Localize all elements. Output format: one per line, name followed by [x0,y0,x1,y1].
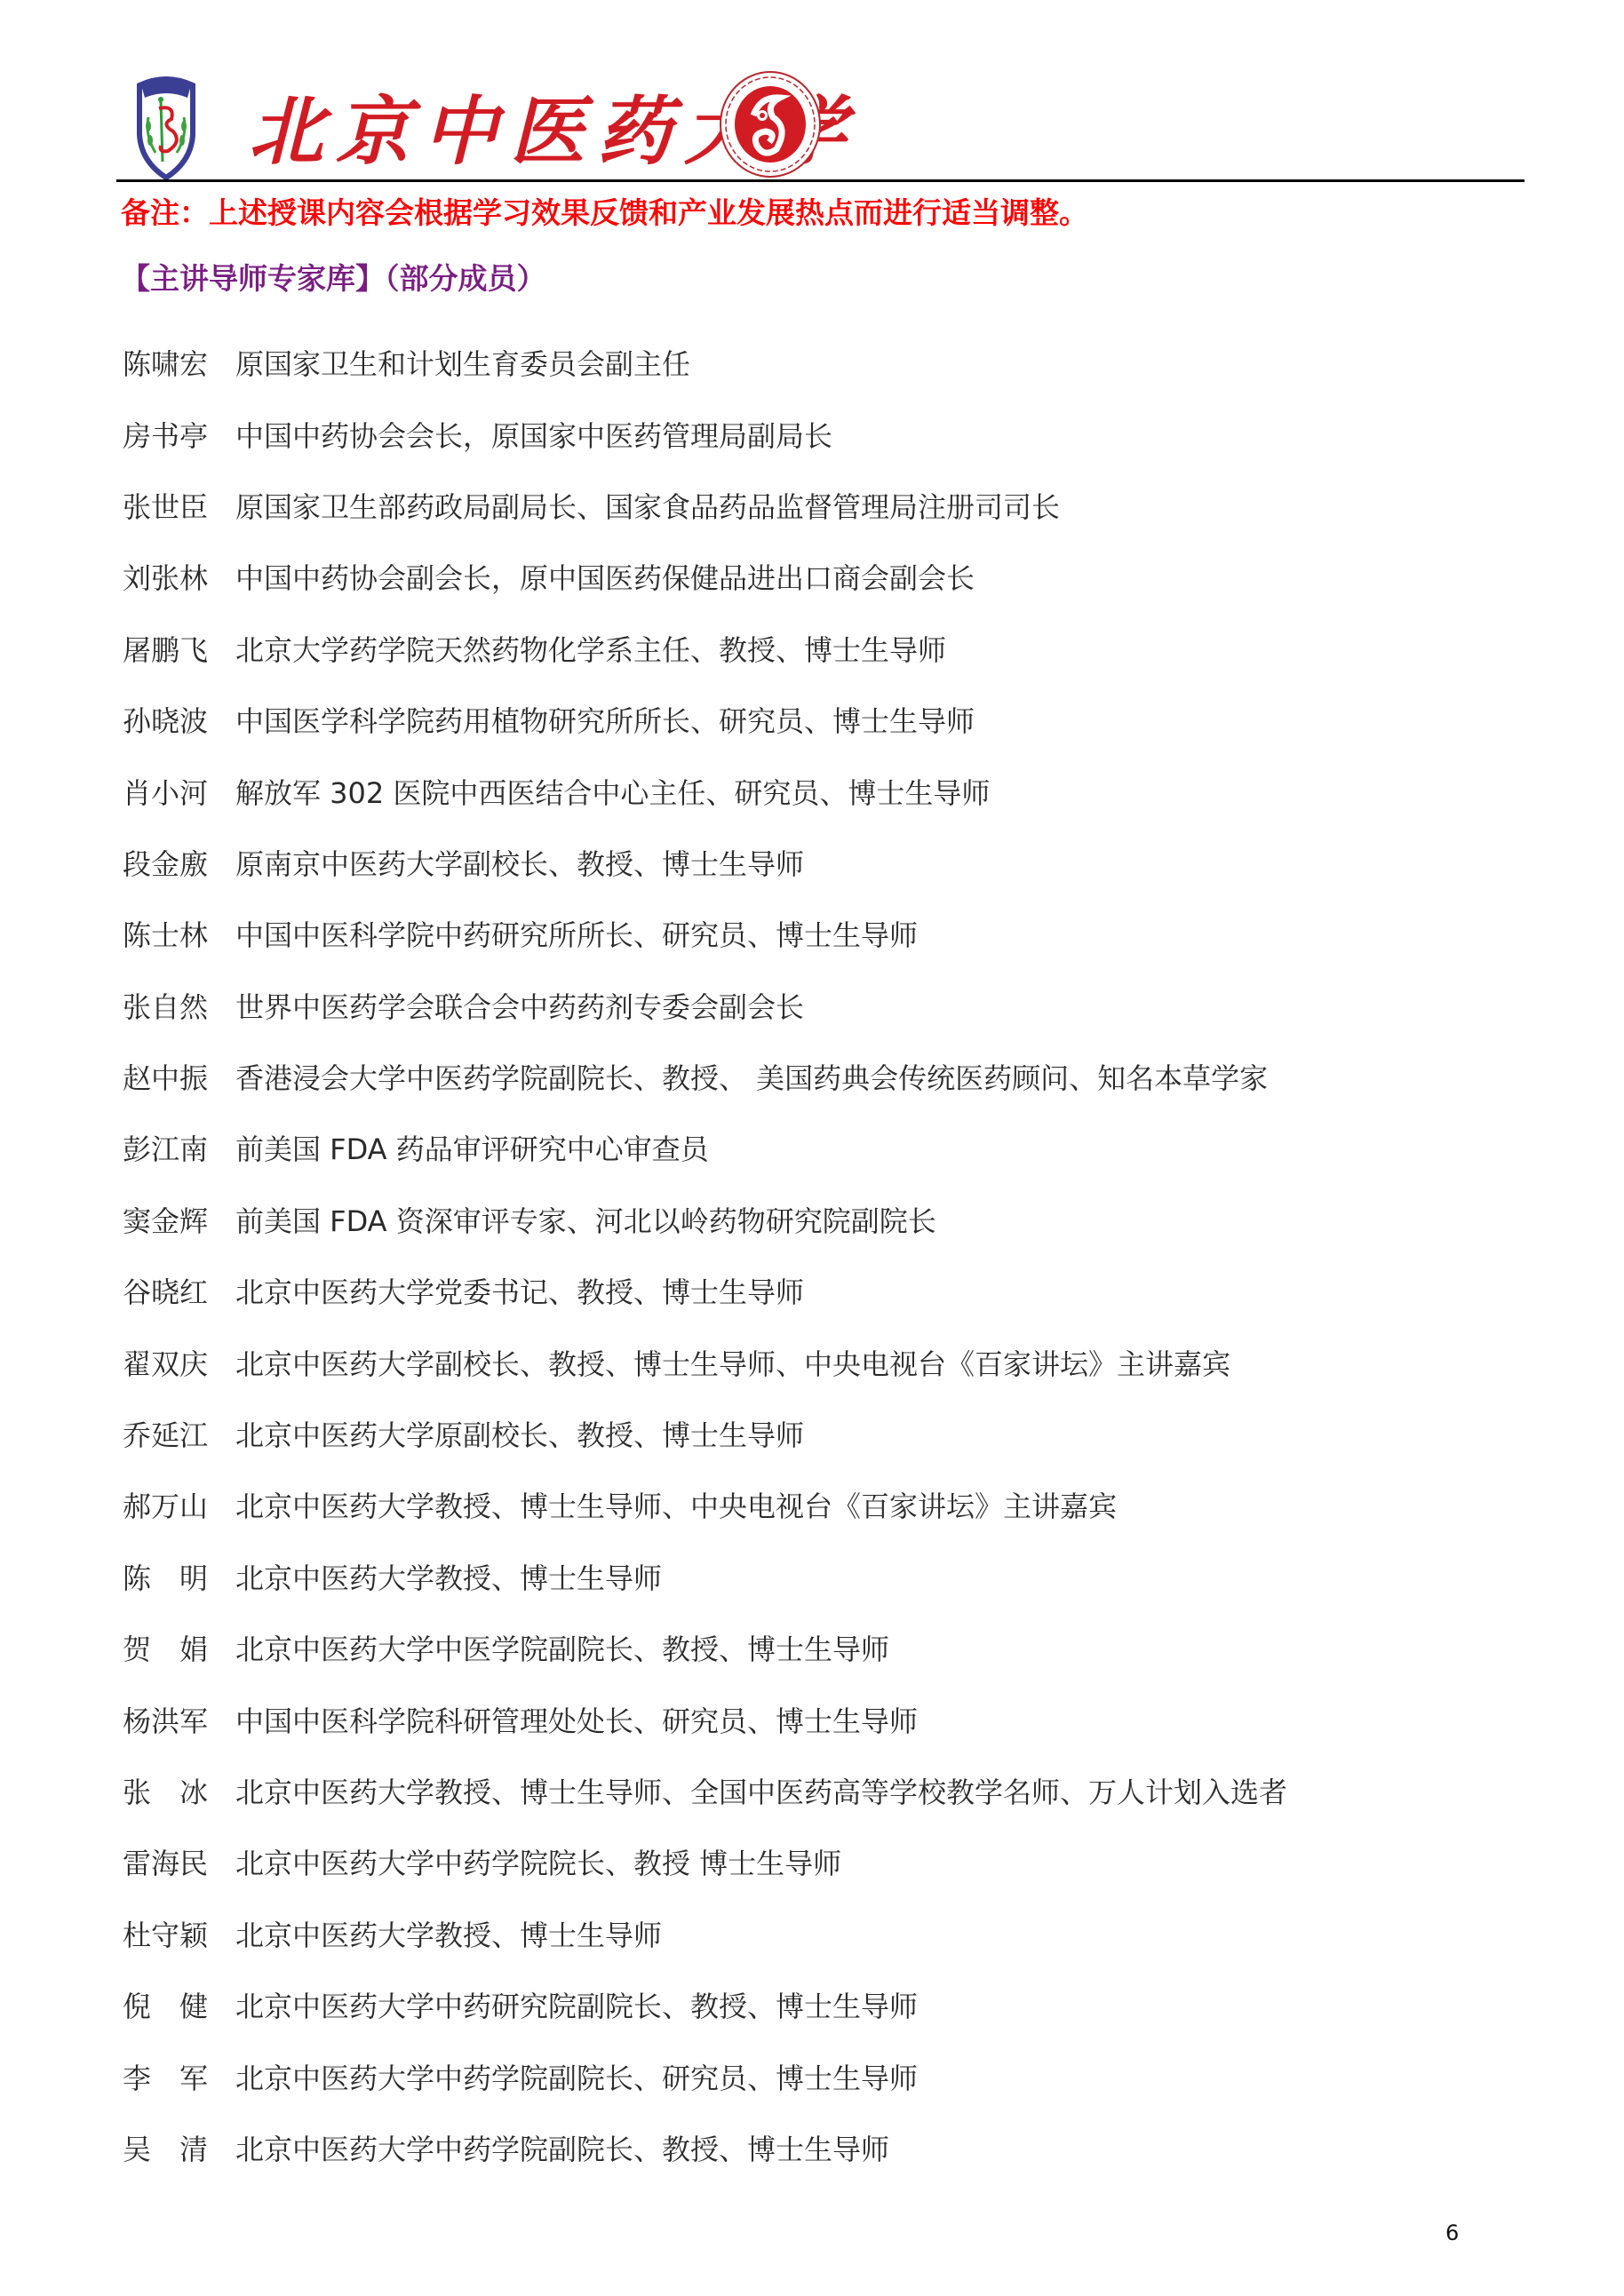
expert-description: 北京中医药大学教授、博士生导师、全国中医药高等学校教学名师、万人计划入选者 [235,1770,1287,1811]
expert-row: 房书亭中国中药协会会长，原国家中医药管理局副局长 [123,398,1509,469]
expert-row: 乔延江北京中医药大学原副校长、教授、博士生导师 [123,1398,1509,1469]
expert-description: 前美国 FDA 药品审评研究中心审查员 [235,1127,709,1168]
expert-description: 北京中医药大学中药学院院长、教授 博士生导师 [235,1841,841,1882]
expert-description: 中国中医科学院中药研究所所长、研究员、博士生导师 [235,913,918,954]
expert-name: 窦金辉 [123,1199,235,1240]
expert-list: 陈啸宏原国家卫生和计划生育委员会副主任 房书亭中国中药协会会长，原国家中医药管理… [123,327,1509,2183]
expert-row: 杜守颖北京中医药大学教授、博士生导师 [123,1898,1509,1969]
expert-name: 赵中振 [123,1056,235,1097]
expert-name: 陈啸宏 [123,342,235,383]
expert-description: 北京中医药大学中药学院副院长、研究员、博士生导师 [235,2056,918,2097]
expert-description: 北京中医药大学中药研究院副院长、教授、博士生导师 [235,1984,918,2025]
expert-row: 孙晓波中国医学科学院药用植物研究所所长、研究员、博士生导师 [123,684,1509,755]
expert-description: 前美国 FDA 资深审评专家、河北以岭药物研究院副院长 [235,1199,936,1240]
expert-row: 陈士林中国中医科学院中药研究所所长、研究员、博士生导师 [123,898,1509,969]
expert-name: 贺 娟 [123,1627,235,1668]
expert-name: 屠鹏飞 [123,628,235,669]
expert-row: 陈啸宏原国家卫生和计划生育委员会副主任 [123,327,1509,398]
expert-row: 谷晓红北京中医药大学党委书记、教授、博士生导师 [123,1255,1509,1326]
page-header: 北京中医药大学 [124,62,1528,187]
expert-name: 张自然 [123,985,235,1026]
expert-row: 陈 明北京中医药大学教授、博士生导师 [123,1541,1509,1612]
expert-name: 陈 明 [123,1556,235,1597]
expert-name: 孙晓波 [123,699,235,740]
expert-description: 中国中药协会副会长，原中国医药保健品进出口商会副会长 [235,556,975,597]
expert-row: 窦金辉前美国 FDA 资深审评专家、河北以岭药物研究院副院长 [123,1184,1509,1255]
expert-name: 乔延江 [123,1413,235,1454]
expert-description: 北京中医药大学教授、博士生导师、中央电视台《百家讲坛》主讲嘉宾 [235,1484,1117,1525]
expert-name: 张世臣 [123,485,235,526]
expert-row: 段金廒原南京中医药大学副校长、教授、博士生导师 [123,827,1509,898]
expert-description: 原国家卫生部药政局副局长、国家食品药品监督管理局注册司司长 [235,485,1060,526]
expert-row: 张世臣原国家卫生部药政局副局长、国家食品药品监督管理局注册司司长 [123,470,1509,541]
header-divider [116,179,1524,182]
expert-row: 杨洪军中国中医科学院科研管理处处长、研究员、博士生导师 [123,1683,1509,1754]
expert-row: 赵中振香港浸会大学中医药学院副院长、教授、 美国药典会传统医药顾问、知名本草学家 [123,1041,1509,1112]
expert-name: 彭江南 [123,1127,235,1168]
expert-description: 原南京中医药大学副校长、教授、博士生导师 [235,842,804,883]
expert-row: 肖小河解放军 302 医院中西医结合中心主任、研究员、博士生导师 [123,755,1509,826]
expert-name: 郝万山 [123,1484,235,1525]
expert-description: 中国中医科学院科研管理处处长、研究员、博士生导师 [235,1699,918,1740]
expert-description: 北京中医药大学教授、博士生导师 [235,1913,662,1954]
expert-description: 香港浸会大学中医药学院副院长、教授、 美国药典会传统医药顾问、知名本草学家 [235,1056,1268,1097]
expert-row: 郝万山北京中医药大学教授、博士生导师、中央电视台《百家讲坛》主讲嘉宾 [123,1469,1509,1540]
expert-name: 肖小河 [123,771,235,812]
expert-row: 贺 娟北京中医药大学中医学院副院长、教授、博士生导师 [123,1612,1509,1683]
expert-description: 北京大学药学院天然药物化学系主任、教授、博士生导师 [235,628,946,669]
remark-note: 备注：上述授课内容会根据学习效果反馈和产业发展热点而进行适当调整。 [121,194,1088,233]
school-shield-logo-icon [136,73,196,181]
expert-row: 倪 健北京中医药大学中药研究院副院长、教授、博士生导师 [123,1969,1509,2040]
expert-description: 中国医学科学院药用植物研究所所长、研究员、博士生导师 [235,699,975,740]
expert-description: 北京中医药大学副校长、教授、博士生导师、中央电视台《百家讲坛》主讲嘉宾 [235,1342,1230,1383]
expert-description: 北京中医药大学中医学院副院长、教授、博士生导师 [235,1627,889,1668]
expert-description: 解放军 302 医院中西医结合中心主任、研究员、博士生导师 [235,771,990,812]
expert-description: 北京中医药大学原副校长、教授、博士生导师 [235,1413,804,1454]
expert-name: 谷晓红 [123,1270,235,1311]
expert-name: 陈士林 [123,913,235,954]
expert-description: 世界中医药学会联合会中药药剂专委会副会长 [235,985,804,1026]
university-seal-logo-icon [718,69,823,179]
expert-name: 段金廒 [123,842,235,883]
expert-name: 杨洪军 [123,1699,235,1740]
expert-description: 北京中医药大学党委书记、教授、博士生导师 [235,1270,804,1311]
expert-name: 翟双庆 [123,1342,235,1383]
expert-name: 雷海民 [123,1841,235,1882]
expert-row: 吴 清北京中医药大学中药学院副院长、教授、博士生导师 [123,2112,1509,2183]
expert-row: 雷海民北京中医药大学中药学院院长、教授 博士生导师 [123,1826,1509,1897]
expert-name: 李 军 [123,2056,235,2097]
expert-row: 张自然世界中医药学会联合会中药药剂专委会副会长 [123,970,1509,1041]
expert-name: 房书亭 [123,414,235,455]
expert-description: 原国家卫生和计划生育委员会副主任 [235,342,690,383]
expert-row: 翟双庆北京中医药大学副校长、教授、博士生导师、中央电视台《百家讲坛》主讲嘉宾 [123,1326,1509,1397]
expert-name: 杜守颖 [123,1913,235,1954]
expert-row: 屠鹏飞北京大学药学院天然药物化学系主任、教授、博士生导师 [123,613,1509,684]
expert-name: 倪 健 [123,1984,235,2025]
expert-description: 北京中医药大学中药学院副院长、教授、博士生导师 [235,2127,889,2168]
expert-description: 北京中医药大学教授、博士生导师 [235,1556,662,1597]
expert-name: 刘张林 [123,556,235,597]
expert-row: 彭江南前美国 FDA 药品审评研究中心审查员 [123,1112,1509,1183]
page-number: 6 [1445,2221,1459,2245]
section-title: 【主讲导师专家库】（部分成员） [121,259,546,298]
expert-name: 吴 清 [123,2127,235,2168]
expert-row: 刘张林中国中药协会副会长，原中国医药保健品进出口商会副会长 [123,541,1509,612]
expert-row: 李 军北京中医药大学中药学院副院长、研究员、博士生导师 [123,2040,1509,2111]
expert-description: 中国中药协会会长，原国家中医药管理局副局长 [235,414,832,455]
expert-name: 张 冰 [123,1770,235,1811]
expert-row: 张 冰北京中医药大学教授、博士生导师、全国中医药高等学校教学名师、万人计划入选者 [123,1755,1509,1826]
